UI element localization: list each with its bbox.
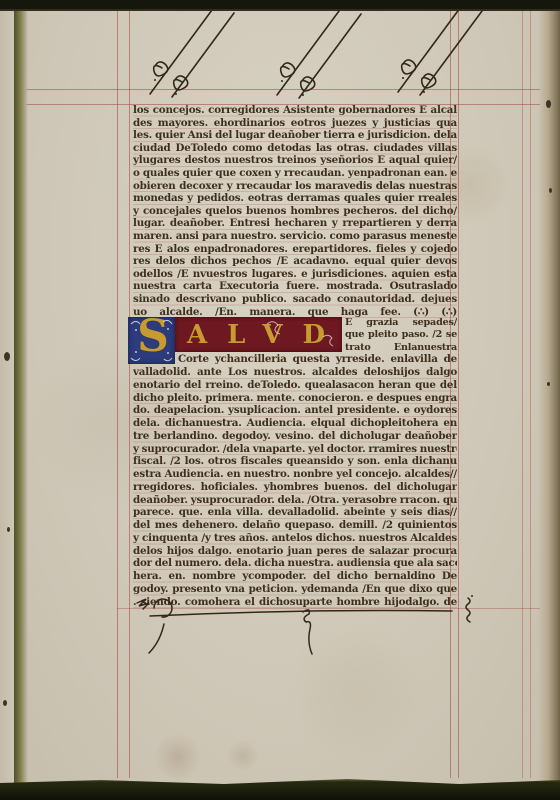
manuscript-line: res delos dichos pechos /E acadavno. equ…: [133, 255, 457, 268]
manuscript-line: y suprocurador. /dela vnaparte. yel doct…: [133, 443, 457, 456]
manuscript-line: E grazia sepades/: [345, 317, 457, 329]
margin-rule-vertical-edge-2: [530, 8, 531, 778]
binding-gutter-shadow: [14, 0, 28, 800]
line-after-initial: Corte ychancilleria questa yrreside. enl…: [178, 352, 457, 366]
manuscript-line: do. deapelacion. ysuplicacion. antel pre…: [133, 404, 457, 417]
initial-filigree-icon: [128, 317, 175, 364]
edge-stain: [549, 188, 552, 193]
margin-rule-vertical-left-outer: [117, 8, 118, 778]
manuscript-line: deañober. ysuprocurador. dela. /Otra. ye…: [133, 494, 457, 507]
manuscript-line: que pleito paso. /2 se: [345, 329, 457, 341]
fore-edge-pages: [538, 0, 560, 800]
edge-stain: [547, 382, 550, 386]
manuscript-line: estra Audiencia. en nuestro. nonbre yel …: [133, 468, 457, 481]
salvd-title-band: ALVD: [175, 317, 342, 352]
manuscript-line: ciudad DeToledo como detodas las otras. …: [133, 142, 457, 155]
margin-rule-vertical-edge-1: [522, 8, 523, 778]
band-vine-decoration-icon: [175, 317, 342, 352]
text-block-lower: valladolid. ante Los nuestros. alcaldes …: [133, 366, 457, 608]
edge-stain: [546, 100, 551, 108]
manuscript-line: maren. ansi para nuestro. servicio. como…: [133, 230, 457, 243]
manuscript-line: monedas y pedidos. eotras derramas quale…: [133, 192, 457, 205]
manuscript-line: hera. en. nombre ycompoder. del dicho be…: [133, 570, 457, 583]
illuminated-initial-s: S: [128, 317, 175, 364]
manuscript-line: les. quier Ansi del lugar deañober tierr…: [133, 129, 457, 142]
manuscript-line: valladolid. ante Los nuestros. alcaldes …: [133, 366, 457, 379]
manuscript-line: y concejales quelos buenos hombres peche…: [133, 205, 457, 218]
top-binding-edge: [0, 0, 560, 11]
manuscript-line: dela. dichanuestra. Audiencia. elqual di…: [133, 417, 457, 430]
prev-page-ink-mark: [3, 700, 7, 706]
manuscript-line: dor del numero. dela. dicha nuestra. aud…: [133, 557, 457, 570]
manuscript-line: del mes dehenero. delaño quepaso. demill…: [133, 519, 457, 532]
manuscript-line: o quales quier que coxen y rrecaudan. ye…: [133, 167, 457, 180]
manuscript-line: obieren decoxer y rrecaudar los maravedi…: [133, 180, 457, 193]
manuscript-line: odellos /E nvuestros lugares. e jurisdic…: [133, 268, 457, 281]
manuscript-line: lugar. deañober. Entresi hecharen y rrep…: [133, 217, 457, 230]
prev-page-ink-mark: [7, 527, 10, 532]
manuscript-line: dicho pleito. primera. mente. conocieron…: [133, 392, 457, 405]
manuscript-line: rregidores. hoficiales. yhombres buenos.…: [133, 481, 457, 494]
manuscript-line: delos hijos dalgo. enotario juan peres d…: [133, 545, 457, 558]
manuscript-line: Corte ychancilleria questa yrreside. enl…: [178, 352, 457, 366]
top-cadel-flourishes-icon: [0, 0, 560, 100]
manuscript-line: sinado descrivano publico. sacado conaut…: [133, 293, 457, 306]
manuscript-line: parece. que. enla villa. devalladolid. a…: [133, 506, 457, 519]
text-beside-initial: E grazia sepades/ que pleito paso. /2 se…: [345, 317, 457, 354]
previous-page-edge: [0, 0, 15, 800]
parchment-page: los concejos. corregidores Asistente gob…: [0, 0, 560, 800]
manuscript-line: ylugares destos nuestros treinos yseñori…: [133, 154, 457, 167]
manuscript-line: nuestra carta Executoria fuere. mostrada…: [133, 280, 457, 293]
manuscript-line: fiscal. /2 los. otros fiscales queansido…: [133, 455, 457, 468]
manuscript-photo: los concejos. corregidores Asistente gob…: [0, 0, 560, 800]
prev-page-ink-mark: [4, 352, 10, 361]
manuscript-line: des mayores. ehordinarios eotros juezes …: [133, 117, 457, 130]
manuscript-line: tre berlandino. degodoy. vesino. del dic…: [133, 430, 457, 443]
manuscript-line: enotario del rreino. deToledo. quealasac…: [133, 379, 457, 392]
manuscript-line: y cinquenta /y tres años. antelos dichos…: [133, 532, 457, 545]
closing-rule-flourish-icon: [120, 590, 490, 670]
manuscript-line: res E alos enpadronadores. erepartidores…: [133, 243, 457, 256]
bottom-binding-edge: [0, 776, 560, 800]
text-block-upper: los concejos. corregidores Asistente gob…: [133, 104, 457, 318]
manuscript-line: los concejos. corregidores Asistente gob…: [133, 104, 457, 117]
